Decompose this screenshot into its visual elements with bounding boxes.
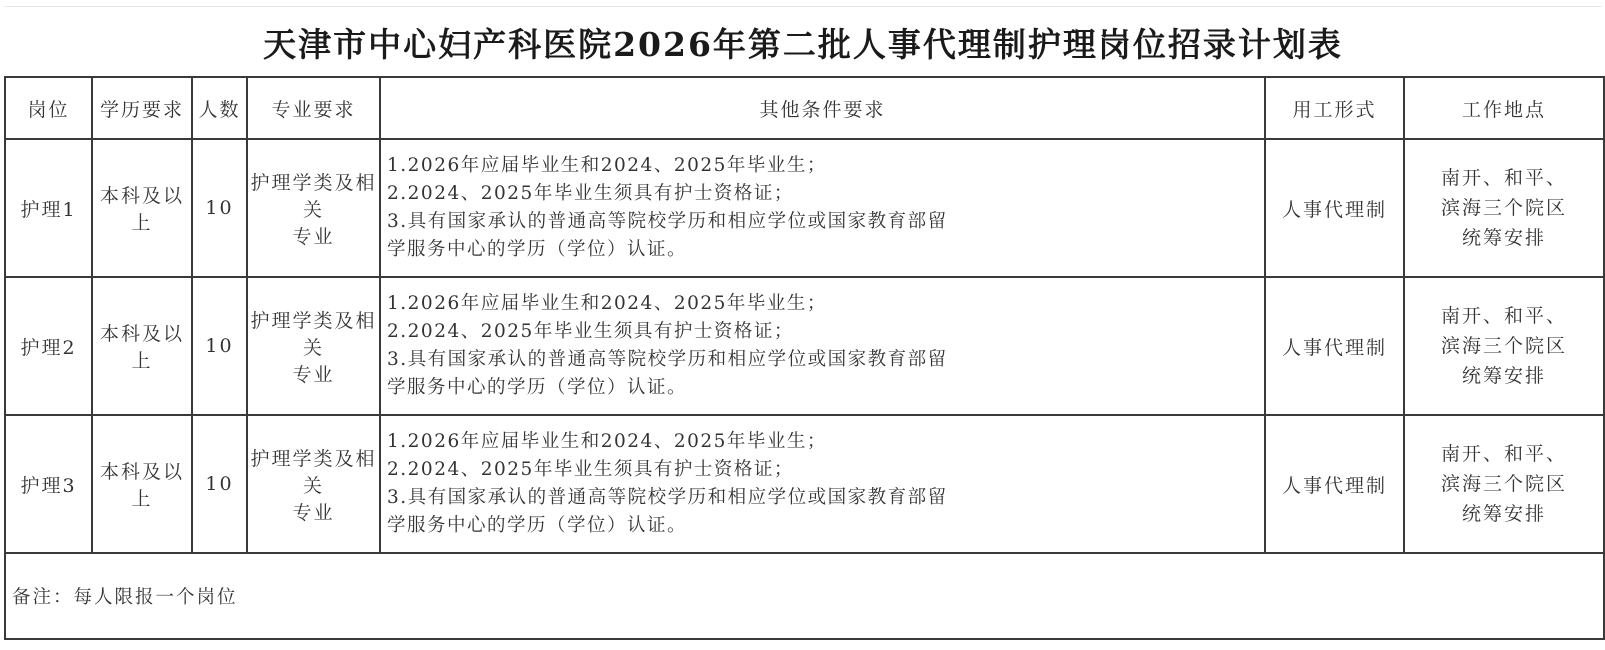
note-row: 备注：每人限报一个岗位: [5, 553, 1604, 639]
cell-employment-type: 人事代理制: [1265, 139, 1404, 277]
cell-count: 10: [192, 415, 247, 553]
header-count: 人数: [192, 77, 247, 139]
header-major: 专业要求: [247, 77, 380, 139]
requirement-line: 学服务中心的学历（学位）认证。: [387, 236, 1264, 264]
cell-employment-type: 人事代理制: [1265, 277, 1404, 415]
cell-work-location: 南开、和平、 滨海三个院区 统筹安排: [1404, 139, 1604, 277]
cell-work-location: 南开、和平、 滨海三个院区 统筹安排: [1404, 277, 1604, 415]
location-line: 南开、和平、: [1405, 163, 1603, 193]
requirement-line: 2.2024、2025年毕业生须具有护士资格证；: [387, 318, 1264, 346]
cell-major: 护理学类及相关 专业: [247, 139, 380, 277]
requirement-line: 2.2024、2025年毕业生须具有护士资格证；: [387, 180, 1264, 208]
major-line: 护理学类及相关: [248, 306, 379, 360]
location-line: 南开、和平、: [1405, 439, 1603, 469]
cell-count: 10: [192, 277, 247, 415]
major-line: 专业: [248, 498, 379, 525]
cell-other-requirements: 1.2026年应届毕业生和2024、2025年毕业生； 2.2024、2025年…: [380, 139, 1265, 277]
cell-position: 护理3: [5, 415, 92, 553]
header-employment-type: 用工形式: [1265, 77, 1404, 139]
table-row: 护理1 本科及以上 10 护理学类及相关 专业 1.2026年应届毕业生和202…: [5, 139, 1604, 277]
cell-count: 10: [192, 139, 247, 277]
requirement-line: 学服务中心的学历（学位）认证。: [387, 374, 1264, 402]
major-line: 护理学类及相关: [248, 444, 379, 498]
cell-other-requirements: 1.2026年应届毕业生和2024、2025年毕业生； 2.2024、2025年…: [380, 415, 1265, 553]
cell-education: 本科及以上: [92, 139, 192, 277]
cell-other-requirements: 1.2026年应届毕业生和2024、2025年毕业生； 2.2024、2025年…: [380, 277, 1265, 415]
requirement-line: 3.具有国家承认的普通高等院校学历和相应学位或国家教育部留: [387, 208, 1264, 236]
header-position: 岗位: [5, 77, 92, 139]
requirement-line: 1.2026年应届毕业生和2024、2025年毕业生；: [387, 428, 1264, 456]
cell-major: 护理学类及相关 专业: [247, 415, 380, 553]
requirement-line: 2.2024、2025年毕业生须具有护士资格证；: [387, 456, 1264, 484]
requirement-line: 3.具有国家承认的普通高等院校学历和相应学位或国家教育部留: [387, 484, 1264, 512]
requirement-line: 3.具有国家承认的普通高等院校学历和相应学位或国家教育部留: [387, 346, 1264, 374]
location-line: 统筹安排: [1405, 223, 1603, 253]
cell-employment-type: 人事代理制: [1265, 415, 1404, 553]
table-row: 护理3 本科及以上 10 护理学类及相关 专业 1.2026年应届毕业生和202…: [5, 415, 1604, 553]
title-area: 天津市中心妇产科医院2026年第二批人事代理制护理岗位招录计划表: [4, 6, 1602, 77]
recruitment-plan-table: 岗位 学历要求 人数 专业要求 其他条件要求 用工形式 工作地点 护理1 本科及…: [4, 76, 1605, 640]
major-line: 专业: [248, 360, 379, 387]
location-line: 统筹安排: [1405, 361, 1603, 391]
location-line: 统筹安排: [1405, 499, 1603, 529]
cell-position: 护理1: [5, 139, 92, 277]
cell-education: 本科及以上: [92, 415, 192, 553]
major-line: 专业: [248, 222, 379, 249]
page-title: 天津市中心妇产科医院2026年第二批人事代理制护理岗位招录计划表: [263, 19, 1343, 66]
cell-major: 护理学类及相关 专业: [247, 277, 380, 415]
requirement-line: 1.2026年应届毕业生和2024、2025年毕业生；: [387, 290, 1264, 318]
location-line: 南开、和平、: [1405, 301, 1603, 331]
location-line: 滨海三个院区: [1405, 193, 1603, 223]
requirement-line: 1.2026年应届毕业生和2024、2025年毕业生；: [387, 152, 1264, 180]
table-row: 护理2 本科及以上 10 护理学类及相关 专业 1.2026年应届毕业生和202…: [5, 277, 1604, 415]
cell-position: 护理2: [5, 277, 92, 415]
header-education: 学历要求: [92, 77, 192, 139]
requirement-line: 学服务中心的学历（学位）认证。: [387, 512, 1264, 540]
major-line: 护理学类及相关: [248, 168, 379, 222]
cell-education: 本科及以上: [92, 277, 192, 415]
location-line: 滨海三个院区: [1405, 331, 1603, 361]
table-note: 备注：每人限报一个岗位: [5, 553, 1604, 639]
location-line: 滨海三个院区: [1405, 469, 1603, 499]
header-other-requirements: 其他条件要求: [380, 77, 1265, 139]
header-work-location: 工作地点: [1404, 77, 1604, 139]
cell-work-location: 南开、和平、 滨海三个院区 统筹安排: [1404, 415, 1604, 553]
table-header-row: 岗位 学历要求 人数 专业要求 其他条件要求 用工形式 工作地点: [5, 77, 1604, 139]
